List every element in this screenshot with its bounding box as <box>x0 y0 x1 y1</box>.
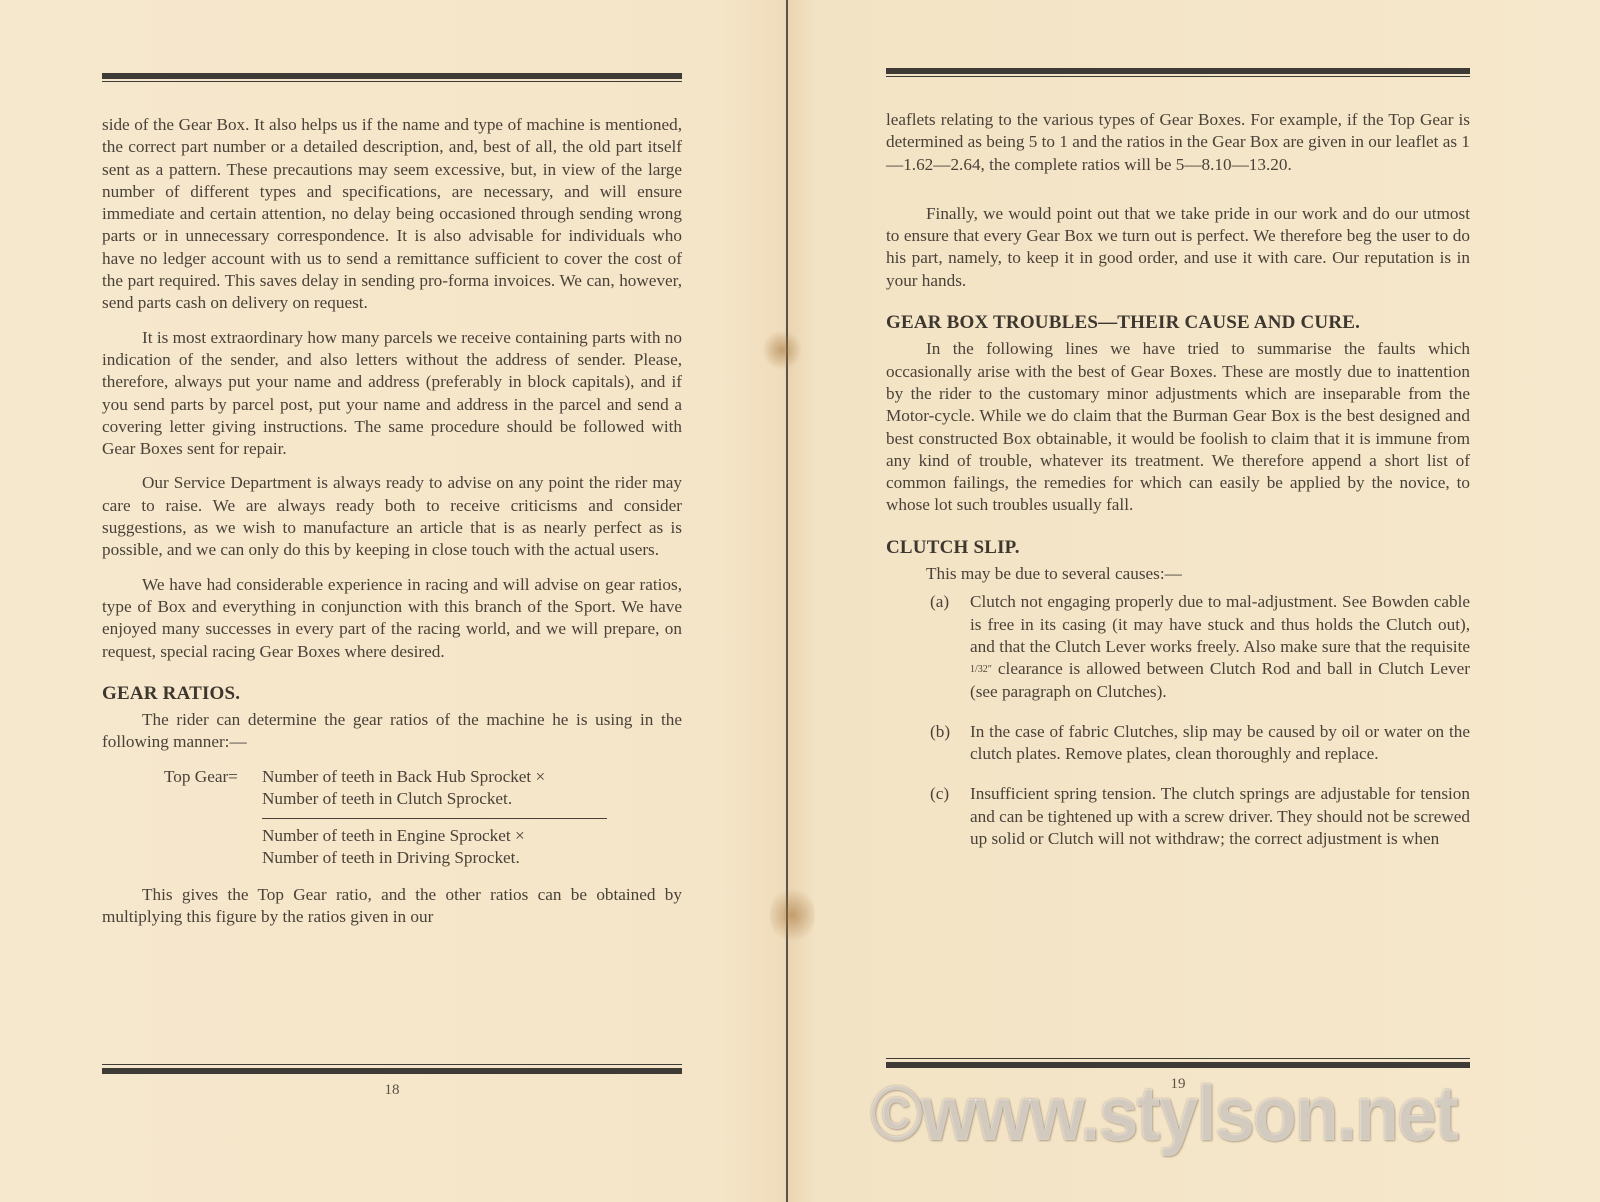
list-text: Clutch not engaging properly due to mal-… <box>970 592 1470 656</box>
page-19-body: leaflets relating to the various types o… <box>886 109 1470 868</box>
watermark: ©www.stylson.net <box>870 1068 1457 1159</box>
header-rule <box>886 68 1470 77</box>
list-label: (b) <box>930 721 970 766</box>
paragraph: We have had considerable experience in r… <box>102 574 682 663</box>
denominator-line: Number of teeth in Driving Sprocket. <box>262 847 607 870</box>
formula-fraction: Number of teeth in Back Hub Sprocket × N… <box>262 766 607 870</box>
section-heading-clutch-slip: CLUTCH SLIP. <box>886 537 1470 559</box>
gear-ratios-intro: The rider can determine the gear ratios … <box>102 709 682 754</box>
header-rule <box>102 73 682 82</box>
top-gear-formula: Top Gear= Number of teeth in Back Hub Sp… <box>164 766 682 870</box>
page-number: 18 <box>102 1082 682 1099</box>
list-item: (a) Clutch not engaging properly due to … <box>930 591 1470 702</box>
book-spine <box>786 0 788 1202</box>
list-text: Insufficient spring tension. The clutch … <box>970 783 1470 850</box>
fraction-bar <box>262 818 607 819</box>
footer-rule <box>886 1058 1470 1068</box>
list-text: clearance is allowed between Clutch Rod … <box>970 659 1470 700</box>
paragraph: Our Service Department is always ready t… <box>102 472 682 561</box>
formula-lhs: Top Gear= <box>164 766 262 870</box>
denominator-line: Number of teeth in Engine Sprocket × <box>262 825 607 848</box>
paragraph: In the following lines we have tried to … <box>886 338 1470 516</box>
numerator-line: Number of teeth in Back Hub Sprocket × <box>262 766 607 789</box>
list-label: (c) <box>930 783 970 850</box>
stain <box>762 330 802 370</box>
paragraph: side of the Gear Box. It also helps us i… <box>102 114 682 315</box>
fraction-one-thirty-second: 1/32″ <box>970 665 992 674</box>
section-heading-gear-box-troubles: GEAR BOX TROUBLES—THEIR CAUSE AND CURE. <box>886 312 1470 334</box>
stain <box>770 885 815 945</box>
clutch-slip-causes: (a) Clutch not engaging properly due to … <box>930 591 1470 850</box>
clutch-slip-intro: This may be due to several causes:— <box>886 563 1470 585</box>
paragraph: It is most extraordinary how many parcel… <box>102 327 682 461</box>
list-item: (c) Insufficient spring tension. The clu… <box>930 783 1470 850</box>
paragraph: Finally, we would point out that we take… <box>886 203 1470 292</box>
list-item: (b) In the case of fabric Clutches, slip… <box>930 721 1470 766</box>
page-18-body: side of the Gear Box. It also helps us i… <box>102 114 682 940</box>
footer-rule <box>102 1064 682 1074</box>
section-heading-gear-ratios: GEAR RATIOS. <box>102 683 682 705</box>
list-label: (a) <box>930 591 970 702</box>
numerator-line: Number of teeth in Clutch Sprocket. <box>262 788 607 811</box>
list-text: In the case of fabric Clutches, slip may… <box>970 721 1470 766</box>
paragraph: leaflets relating to the various types o… <box>886 109 1470 176</box>
paragraph: This gives the Top Gear ratio, and the o… <box>102 884 682 929</box>
